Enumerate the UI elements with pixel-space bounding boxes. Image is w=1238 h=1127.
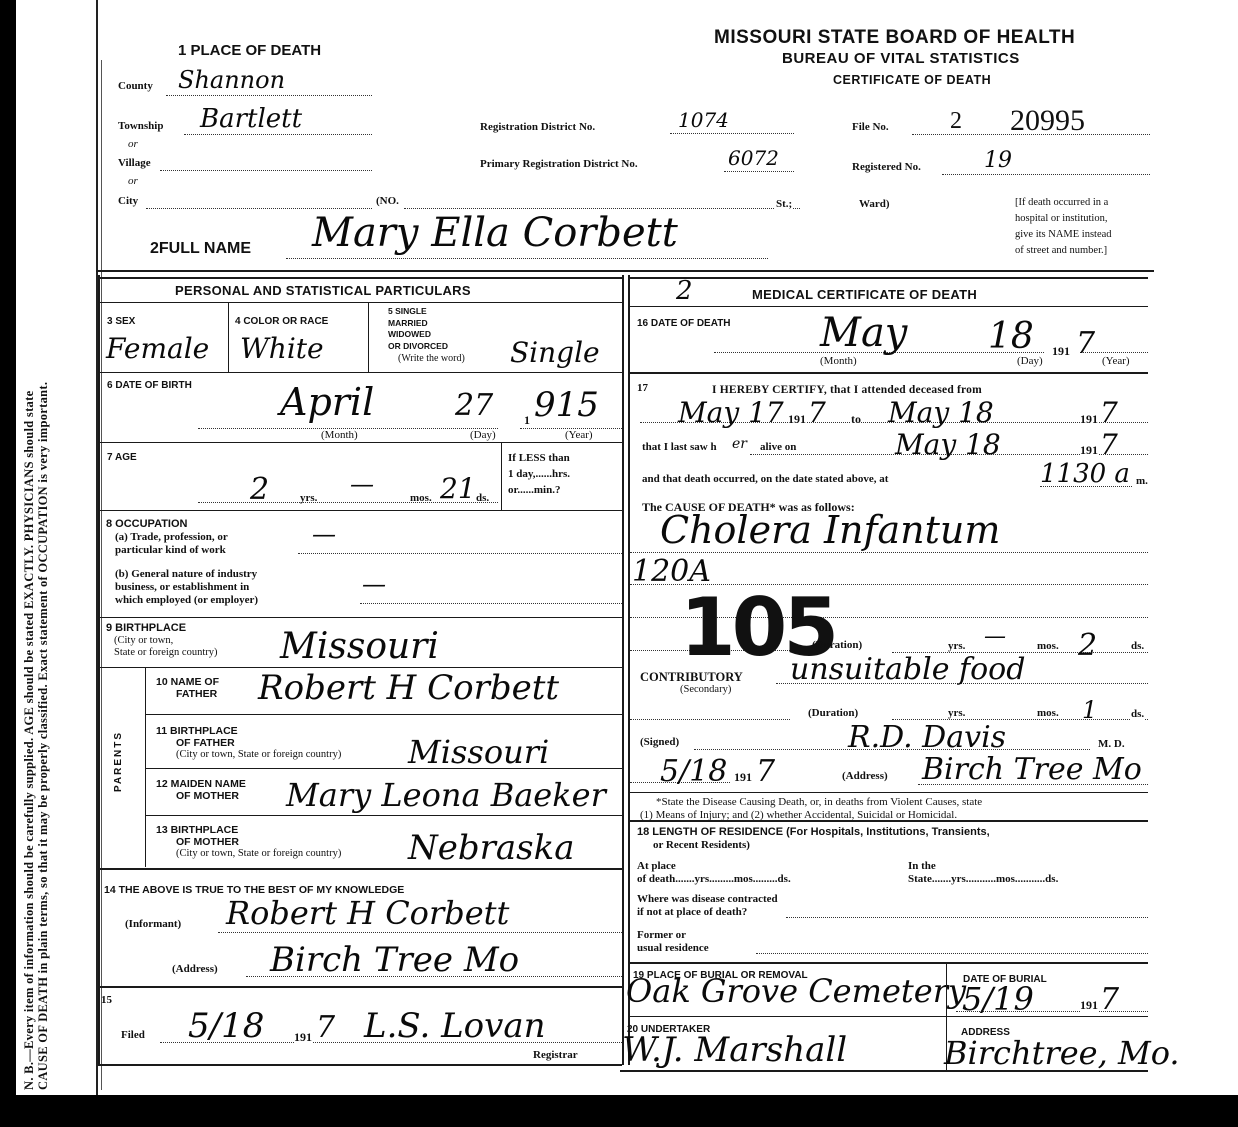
row-divider-2 [98,442,622,443]
birthplace-value: Missouri [280,626,439,667]
parents-divider-3 [145,815,622,816]
death-month: May [820,310,907,356]
registered-number-value: 19 [984,148,1012,173]
informant-bottom [98,986,622,988]
dob-month: April [280,380,374,424]
burial-year-prefix: 191 [1080,998,1098,1013]
left-section-border [98,275,100,1065]
burial-row-divider [628,1016,1148,1017]
mother-name-value: Mary Leona Baeker [286,776,606,814]
parents-divider-1 [145,714,622,715]
informant-address-label: (Address) [172,963,218,975]
row-divider-3 [98,510,622,511]
registered-number-label: Registered No. [852,161,921,173]
township-value: Bartlett [200,104,302,134]
personal-section-title: PERSONAL AND STATISTICAL PARTICULARS [175,283,471,298]
dob-label: 6 DATE OF BIRTH [107,380,192,391]
sex-race-divider [228,302,229,372]
age-yrs-label: yrs. [300,492,317,504]
side-note-line-2: CAUSE OF DEATH in plain terms, so that i… [36,10,50,1090]
divider-top [96,270,1154,272]
primary-registration-line [724,171,794,172]
place-of-death-label: 1 PLACE OF DEATH [178,42,321,59]
death-year: 7 [1076,326,1095,361]
last-saw-date: May 18 [895,428,1001,461]
age-ds-label: ds. [476,492,489,504]
birthplace-label: 9 BIRTHPLACE [106,622,186,634]
secondary-label: (Secondary) [680,684,731,695]
informant-label: (Informant) [125,918,181,930]
contrib-duration-label: (Duration) [808,707,858,719]
street-number-label: (NO. [376,195,399,207]
residence-label: 18 LENGTH OF RESIDENCE (For Hospitals, I… [637,826,990,852]
registered-number-line [942,174,1150,175]
side-instructions: N. B.—Every item of information should b… [22,10,50,1090]
cause-value: Cholera Infantum [660,508,1000,552]
primary-registration-value: 6072 [728,146,779,170]
county-line [166,95,372,96]
full-name-line [286,258,768,259]
last-saw-year-prefix: 191 [1080,443,1098,458]
age-days: 21 [440,472,476,505]
filed-year-prefix: 191 [294,1030,312,1045]
scan-edge-left [0,0,16,260]
attended-to-year: 7 [1100,396,1118,429]
death-year-caption: (Year) [1102,355,1130,367]
residence-in-state: In the State.......yrs...........mos....… [908,860,1058,885]
dob-day: 27 [455,388,493,423]
file-number-label: File No. [852,121,889,133]
physician-address-value: Birch Tree Mo [922,752,1142,787]
occupation-a-value: — [312,520,336,548]
informant-value: Robert H Corbett [226,894,509,932]
scan-edge-bottom [0,1095,1238,1127]
month-caption: (Month) [321,429,358,441]
row-divider-1 [98,372,622,373]
physician-signature: R.D. Davis [848,720,1006,755]
father-birthplace-value: Missouri [408,733,549,771]
residence-bottom [628,962,1148,964]
medical-title-divider [628,306,1148,307]
dob-year-prefix: 1 [524,413,530,428]
filed-bottom [98,1064,622,1066]
occupation-label: 8 OCCUPATION [106,518,188,530]
registration-district-line [670,133,794,134]
street-line [404,208,800,209]
hospital-note: [If death occurred in a hospital or inst… [1015,195,1112,259]
death-day: 18 [988,316,1034,357]
duration-ds: ds. [1131,640,1144,652]
village-line [160,170,372,171]
age-months: — [350,470,374,498]
disease-contracted-label: Where was disease contracted if not at p… [637,893,778,918]
city-label: City [118,195,138,207]
day-caption: (Day) [470,429,496,441]
certify-statement: I HEREBY CERTIFY, that I attended deceas… [712,384,982,396]
bureau-title: BUREAU OF VITAL STATISTICS [782,50,1020,67]
burial-year: 7 [1100,982,1119,1017]
center-divider-inner [628,275,630,1065]
contrib-duration-yrs: yrs. [948,707,965,719]
physician-address-label: (Address) [842,770,888,782]
sign-date: 5/18 [660,754,727,789]
certify-number: 17 [637,382,648,394]
contrib-duration-days: 1 [1082,696,1097,724]
cause-footnote: *State the Disease Causing Death, or, in… [640,796,982,822]
to-label: to [851,412,861,427]
duration-months: — [984,624,1006,649]
age-less-divider [501,442,502,510]
medical-top [628,277,1148,279]
age-mos-label: mos. [410,492,432,504]
county-label: County [118,80,153,92]
death-time: 1130 a [1040,459,1130,489]
duration-label: (Duration) [812,639,862,651]
occupation-b-label: (b) General nature of industry business,… [115,568,258,607]
marital-hint: (Write the word) [398,353,465,364]
dob-year: 915 [534,385,599,425]
duration-yrs: yrs. [948,640,965,652]
attended-to: May 18 [888,396,994,429]
contributory-value: unsuitable food [790,652,1025,687]
death-time-label: and that death occurred, on the date sta… [642,473,888,485]
registrar-signature: L.S. Lovan [364,1006,546,1046]
burial-date-value: 5/19 [962,980,1034,1018]
parents-divider-2 [145,768,622,769]
residence-at-place: At place of death.......yrs.........mos.… [637,860,791,885]
sign-year: 7 [756,754,775,789]
or-label-2: or [128,175,138,187]
township-label: Township [118,120,163,132]
village-label: Village [118,157,151,169]
footnote-top [628,792,1148,793]
margin-mark: 2 [676,276,693,306]
side-note-line-1: N. B.—Every item of information should b… [22,10,36,1090]
mother-birthplace-value: Nebraska [408,828,574,868]
burial-bottom [620,1070,1148,1072]
signed-label: (Signed) [640,736,679,748]
registrar-label: Registrar [533,1049,578,1061]
duration-days: 2 [1078,628,1097,663]
document-title: CERTIFICATE OF DEATH [833,73,991,87]
frame-border-left-inner [101,60,102,1090]
undertaker-value: W.J. Marshall [622,1030,847,1070]
former-residence-line [756,953,1148,954]
full-name-value: Mary Ella Corbett [312,210,678,256]
mother-birthplace-label: 13 BIRTHPLACE OF MOTHER (City or town, S… [156,824,341,860]
personal-title-divider [98,302,622,303]
agency-title: MISSOURI STATE BOARD OF HEALTH [714,27,1075,49]
footnote-bottom [628,820,1148,822]
primary-registration-label: Primary Registration District No. [480,158,638,170]
occupation-a-line [298,553,622,554]
attended-from-year-prefix: 191 [788,412,806,427]
contrib-duration-mos: mos. [1037,707,1059,719]
last-saw-year: 7 [1100,428,1118,461]
county-value: Shannon [178,66,285,94]
city-line [146,208,372,209]
sex-value: Female [106,332,209,365]
marital-value: Single [510,336,600,369]
filed-year: 7 [316,1010,335,1045]
parents-side-divider [145,667,146,867]
personal-top [98,277,622,279]
occupation-a-label: (a) Trade, profession, or particular kin… [115,531,228,557]
father-name-label: 10 NAME OF FATHER [156,676,219,700]
death-year-prefix: 191 [1052,344,1070,359]
birthplace-hint: (City or town, State or foreign country) [114,635,218,659]
township-line [184,134,372,135]
full-name-label: 2FULL NAME [150,240,251,258]
sign-year-prefix: 191 [734,770,752,785]
age-label: 7 AGE [107,452,137,463]
undertaker-address-value: Birchtree, Mo. [944,1034,1180,1072]
ward-label: Ward) [858,198,891,210]
informant-line [218,932,622,933]
sex-label: 3 SEX [107,316,135,327]
street-label: St.; [775,198,793,210]
filed-number: 15 [101,994,112,1006]
less-than-note: If LESS than 1 day,......hrs. or......mi… [508,450,570,498]
contributory-label: CONTRIBUTORY [640,670,743,685]
race-marital-divider [368,302,369,372]
occupation-b-line [360,603,622,604]
year-caption: (Year) [565,429,593,441]
medical-section-title: MEDICAL CERTIFICATE OF DEATH [752,287,977,302]
burial-place-value: Oak Grove Cemetery [626,972,966,1010]
center-divider [622,275,624,1065]
filed-label: Filed [121,1029,145,1041]
contrib-duration-line [630,719,790,720]
medical-divider-1 [628,372,1148,374]
father-name-value: Robert H Corbett [258,668,559,708]
registration-district-label: Registration District No. [480,121,595,133]
age-years: 2 [250,472,269,507]
race-value: White [240,332,324,365]
last-saw-pronoun: er [732,436,747,452]
mother-name-label: 12 MAIDEN NAME OF MOTHER [156,778,246,802]
death-time-m: m. [1136,475,1148,487]
father-birthplace-label: 11 BIRTHPLACE OF FATHER (City or town, S… [156,725,341,761]
parents-side-label: PARENTS [113,731,124,792]
md-label: M. D. [1098,738,1125,750]
occupation-b-value: — [362,570,386,598]
last-saw-label: that I last saw h [642,441,717,453]
duration-mos: mos. [1037,640,1059,652]
attended-from: May 17 [678,396,784,429]
parents-bottom [98,868,622,870]
date-of-death-label: 16 DATE OF DEATH [637,318,731,329]
file-number-prefix: 2 [950,108,962,135]
cause-line-1 [630,552,1148,553]
former-residence-label: Former or usual residence [637,929,709,954]
registration-district-value: 1074 [678,108,729,132]
disease-contracted-line [786,917,1148,918]
attended-to-year-prefix: 191 [1080,412,1098,427]
file-number-value: 20995 [1010,104,1085,138]
or-label-1: or [128,138,138,150]
race-label: 4 COLOR OR RACE [235,316,328,327]
informant-address-value: Birch Tree Mo [270,940,519,980]
death-month-caption: (Month) [820,355,857,367]
marital-status-label: 5 SINGLE MARRIED WIDOWED OR DIVORCED [388,306,448,352]
contrib-duration-ds: ds. [1131,708,1144,720]
death-day-caption: (Day) [1017,355,1043,367]
filed-date: 5/18 [188,1006,264,1046]
attended-from-year: 7 [808,396,826,429]
alive-on-label: alive on [760,441,796,453]
row-divider-4 [98,617,622,618]
